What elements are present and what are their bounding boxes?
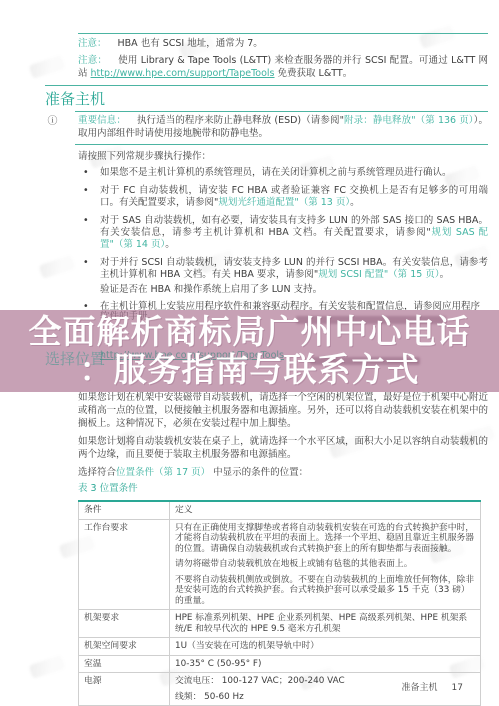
footer-section-label: 准备主机 [402, 683, 438, 693]
note-label: 注意： [78, 55, 107, 66]
steps-intro: 请按照下列常规步骤执行操作： [78, 151, 488, 163]
list-item: • 对于 SAS 自动装载机，如有必要，请安装具有支持多 LUN 的外部 SAS… [78, 215, 488, 252]
paragraph: 选择符合位置条件（第 17 页） 中显示的条件的位置： [78, 466, 488, 479]
bullet-icon: • [83, 215, 89, 227]
bullet-icon: • [83, 185, 89, 197]
choose-location-content: 如果您计划在机架中安装磁带自动装载机，请选择一个空闲的机架位置，最好是位于机架中… [78, 391, 488, 706]
list-item-text: 对于 SAS 自动装载机，如有必要，请安装具有支持多 LUN 的外部 SAS 接… [100, 215, 488, 252]
table-row: 机架要求 HPE 标准系列机架、HPE 企业系列机架、HPE 高级系列机架、HP… [79, 610, 481, 638]
divider [78, 33, 488, 34]
table-row: 机架空间要求 1U（当安装在可选的机架导轨中时） [79, 638, 481, 656]
list-item-text: 如果您不是主机计算机的系统管理员，请在关闭计算机之前与系统管理员进行确认。 [100, 167, 488, 179]
column-header-condition: 条件 [79, 501, 170, 519]
watermark-smudge [29, 55, 66, 79]
note-text: 免费获取 L&TT。 [275, 68, 353, 79]
watermark-smudge [29, 655, 66, 679]
condition-cell: 电源 [79, 673, 170, 706]
bullet-icon: • [83, 257, 89, 269]
main-content: 注意：HBA 也有 SCSI 地址，通常为 7。 注意：使用 Library &… [78, 33, 488, 319]
divider [75, 144, 488, 145]
note-ltt: 注意：使用 Library & Tape Tools (L&TT) 来检查服务器… [78, 55, 488, 80]
overlay-banner: 软件的手册。 http://www.hpe.com/support/TapeTo… [0, 310, 499, 392]
important-info-label: 重要信息： [78, 115, 126, 126]
list-item-text: 验证是否在 HBA 和操作系统上启用了多 LUN 支持。 [100, 284, 488, 296]
condition-cell: 室温 [79, 655, 170, 673]
definition-cell: HPE 标准系列机架、HPE 企业系列机架、HPE 高级系列机架、HPE 机架系… [170, 610, 481, 638]
list-item: • 对于并行 SCSI 自动装载机，请安装支持多 LUN 的并行 SCSI HB… [78, 257, 488, 296]
important-info-text: 重要信息：执行适当的程序来防止静电释放 (ESD)（请参阅"附录：静电释放"（第… [78, 115, 488, 140]
condition-cell: 工作台要求 [79, 519, 170, 610]
list-item: • 如果您不是主机计算机的系统管理员，请在关闭计算机之前与系统管理员进行确认。 [78, 167, 488, 179]
document-page: 注意：HBA 也有 SCSI 地址，通常为 7。 注意：使用 Library &… [0, 0, 499, 706]
banner-title-line1: 全面解析商标局广州中心电话 [0, 313, 499, 351]
list-item: • 对于 FC 自动装载机，请安装 FC HBA 或者验证兼容 FC 交换机上是… [78, 185, 488, 210]
banner-title-line2: ：服务指南与联系方式 [0, 351, 499, 389]
divider [45, 85, 488, 86]
watermark-smudge [39, 255, 76, 279]
note-hba-scsi: 注意：HBA 也有 SCSI 地址，通常为 7。 [78, 38, 488, 50]
esd-appendix-link[interactable]: 附录：静电释放"（第 136 页） [344, 115, 474, 126]
definition-cell: 只有在正确使用支撑脚垫或者将自动装载机安装在可选的台式转换护套中时，才能将自动装… [170, 519, 481, 610]
scsi-config-link[interactable]: 规划 SCSI 配置"（第 15 页） [318, 269, 439, 280]
condition-cell: 机架空间要求 [79, 638, 170, 656]
bullet-icon: • [83, 167, 89, 179]
important-info-block: ⓘ 重要信息：执行适当的程序来防止静电释放 (ESD)（请参阅"附录：静电释放"… [78, 112, 488, 144]
tapetools-link[interactable]: http://www.hpe.com/support/TapeTools [91, 68, 275, 79]
fc-config-link[interactable]: 规划光纤通道配置"（第 13 页） [218, 197, 350, 208]
condition-cell: 机架要求 [79, 610, 170, 638]
column-header-definition: 定义 [170, 501, 481, 519]
table-caption: 表 3 位置条件 [78, 482, 488, 495]
paragraph: 如果您计划将自动装载机安装在桌子上，就请选择一个水平区域，面积大小足以容纳自动装… [78, 435, 488, 461]
definition-cell: 1U（当安装在可选的机架导轨中时） [170, 638, 481, 656]
location-criteria-link[interactable]: 位置条件（第 17 页） [116, 467, 210, 478]
section-heading-prepare-host: 准备主机 [45, 90, 488, 108]
location-criteria-table: 条件 定义 工作台要求 只有在正确使用支撑脚垫或者将自动装载机安装在可选的台式转… [78, 500, 481, 706]
table-row: 工作台要求 只有在正确使用支撑脚垫或者将自动装载机安装在可选的台式转换护套中时，… [79, 519, 481, 610]
note-text: HBA 也有 SCSI 地址，通常为 7。 [118, 38, 263, 49]
important-info-icon: ⓘ [47, 116, 58, 127]
note-label: 注意： [78, 38, 107, 49]
footer-page-number: 17 [452, 683, 463, 693]
list-item-text: 对于并行 SCSI 自动装载机，请安装支持多 LUN 的并行 SCSI HBA。… [100, 257, 488, 282]
paragraph: 如果您计划在机架中安装磁带自动装载机，请选择一个空闲的机架位置，最好是位于机架中… [78, 391, 488, 430]
steps-list: • 如果您不是主机计算机的系统管理员，请在关闭计算机之前与系统管理员进行确认。 … [78, 167, 488, 313]
definition-cell: 10-35° C (50-95° F) [170, 655, 481, 673]
table-row: 室温 10-35° C (50-95° F) [79, 655, 481, 673]
page-footer: 准备主机17 [402, 682, 463, 694]
table-header-row: 条件 定义 [79, 501, 481, 519]
list-item-text: 对于 FC 自动装载机，请安装 FC HBA 或者验证兼容 FC 交换机上是否有… [100, 185, 488, 210]
